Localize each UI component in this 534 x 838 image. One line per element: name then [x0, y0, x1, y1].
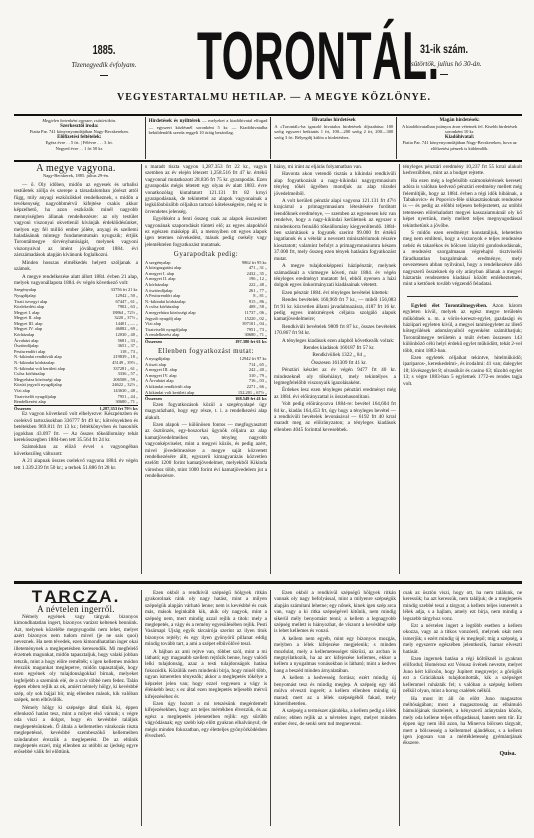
feuilleton-column-4: csak az ösztön viszi, hogy ott, ha nem t…: [403, 590, 522, 830]
feuilleton-column-3: Ezen okból a rendkívül szépségű hölgyek …: [274, 590, 396, 830]
article-paragraph: A megye rendelkezése alatt állott 1884. …: [14, 274, 138, 287]
article-paragraph: A megye tulajdonképpeni házipénztár, mel…: [274, 263, 396, 289]
info-strip: Megjelen hetenként egyszer, csütörtökön.…: [14, 117, 522, 159]
feuilleton-column-2: Ezen okból a rendkívül szépségű hölgyek …: [145, 590, 267, 830]
growth-total-value: 197.380 frt 61 kr.: [220, 339, 267, 345]
expense-line: Rendes kiadások 160187 frt 57 kr.: [274, 345, 396, 351]
newspaper-page: 1885. Tizenegyedik évfolyam. TORONTÁL. 3…: [14, 0, 522, 838]
ornament-dash: [440, 74, 448, 75]
article-paragraph: Havonta akon vetendő tisztás a kikindai …: [274, 171, 396, 197]
masthead: 1885. Tizenegyedik évfolyam. TORONTÁL. 3…: [14, 0, 522, 98]
article-paragraph: Ha ezen még a legfelsőbb számonkérésnek …: [403, 178, 522, 229]
article-paragraph: s maradt tiszta vagyon 1,287.353 frt 22 …: [145, 164, 267, 215]
article-paragraph: Ez vagyon következő volt elhelyezve: Kés…: [14, 411, 138, 443]
decline-table: A nyugdíjalap12942 frt 97 kr.A tiszti al…: [145, 356, 267, 402]
column-divider: [141, 590, 142, 826]
growth-total-label: Összesen: [145, 339, 220, 345]
feuilleton-paragraph: A szépség a természet ajándéka, a kellem…: [274, 708, 396, 727]
article-paragraph: A 21 alapnak összes cselekvő vagyona 188…: [14, 458, 138, 471]
column-divider: [270, 590, 271, 826]
subscription-terms-quarterly: Negyed évre . . 1 frt 50 kr.: [17, 146, 142, 152]
divider-rule: [14, 114, 522, 116]
feuilleton-paragraph: A kellem a kedvesség forrása; ezért mind…: [274, 675, 396, 707]
feuilleton-paragraph: Ezen okból a rendkívül szépségű hölgyek …: [274, 590, 396, 635]
newspaper-title: TORONTÁL.: [197, 22, 341, 90]
official-notices-text: A »Torontál«-ba igazoló hivatalos hirdet…: [274, 124, 393, 141]
expense-line: Rendkívüliek 1322 „ 84 „: [274, 352, 396, 358]
column-1: A megye vagyona. Nagy-Becskerek, 1885. j…: [14, 164, 138, 576]
feuilleton-paragraph: Ezen ingernek hatása a régi költőknél is…: [403, 656, 522, 694]
article-paragraph: Rendkívüli bevételek 9809 frt 87 kr., ös…: [274, 324, 396, 337]
funds-ledger-table: Szegényalap33756 frt 21 kr.Nyugdíjalap12…: [14, 287, 138, 411]
private-ads-text: A kiadóhivatalban jutányos áron vétetnek…: [400, 124, 519, 135]
column-2: s maradt tiszta vagyon 1,287.353 frt 22 …: [145, 164, 267, 576]
masthead-left: 1885. Tizenegyedik évfolyam.: [64, 42, 144, 76]
feuilleton-paragraph: Némely hölgy ki szépsége által tűnik ki,…: [14, 705, 138, 756]
decline-heading: Ellenben fogyatkozást mutat:: [145, 348, 267, 354]
article-paragraph: S midőn ezen eredményt konstatáljuk, leh…: [403, 230, 522, 288]
feuilleton-paragraph: Ezen úgy hozott a mi tetszésünk megérdem…: [145, 701, 267, 739]
editorial-office-text: Fiatia Par. 741 könyvnyomdájában Nagy-Be…: [17, 129, 142, 135]
section-title: Egyleti élet Torontálmegyében.: [411, 303, 487, 309]
feuilleton-section-title: TÁRCZA.: [14, 594, 138, 600]
advertisement-heading: Hirdetések és nyilttérek: [149, 119, 201, 124]
feuilleton-paragraph: Ezen okból a rendkívül szépségű hölgyek …: [145, 590, 267, 648]
private-ads-info: Magán hirdetések: A kiadóhivatalban jutá…: [397, 117, 522, 159]
feuilleton-paragraph: Ezt a névtelen ingert a legtöbb esetben …: [403, 623, 522, 655]
divider-rule: [14, 160, 522, 162]
feuilleton-paragraph: A bájban az ami rejtve van, többet szól,…: [145, 649, 267, 700]
column-4: tényleges pénztári eredmény 10,237 frt 5…: [403, 164, 522, 576]
feuilleton-paragraph: Némely egyének vagy tárgyak bizonyos kim…: [14, 614, 138, 704]
feuilleton-paragraph: Ha most itt áll ön előtt Juno magasztos …: [403, 696, 522, 747]
column-divider: [270, 164, 271, 574]
article-paragraph: A tényleges kiadások ezen alapból követk…: [274, 338, 396, 344]
section-divider: [407, 296, 518, 297]
publication-year: 1885.: [76, 42, 132, 57]
feuilleton-paragraph: csak az ösztön viszi, hogy ott, ha nem t…: [403, 590, 522, 622]
article-paragraph: Minden hosszas elmélkedés helyett szólja…: [14, 260, 138, 273]
volume-label: Tizenegyedik évfolyam.: [64, 61, 144, 69]
article-paragraph: Ezen fogyatkozások közül a szegényalapé …: [145, 402, 267, 421]
article-paragraph: hiány, mi iránt az eljárás folyamatban v…: [274, 164, 396, 170]
feuilleton-column-1: TÁRCZA. A névtelen ingerről. Némely egyé…: [14, 590, 138, 830]
article-paragraph: Egyébként a fenti összeg csak az alapok …: [145, 216, 267, 248]
article-paragraph: Pénztári készlet az év végén 9477 frt 40…: [274, 367, 396, 386]
advertisement-info: Hirdetések és nyilttérek — melyeket a ki…: [146, 117, 272, 159]
article-paragraph: A volt kerületi pénztár alapi vagyona 12…: [274, 198, 396, 262]
growth-table: A szegényalap9862 frt 95 kr.A közigazgat…: [145, 260, 267, 345]
issue-date: Csütörtök, julius hó 30-án.: [384, 60, 504, 68]
feuilleton-paragraph: A kellem nem egyéb, mint egy bizonyos mo…: [274, 636, 396, 674]
expense-total: Összesen 161309 frt 41 kr.: [274, 360, 396, 366]
article-paragraph: Számokban az előző évvel s vagyongéban k…: [14, 444, 138, 457]
article-paragraph: Rendes bevételek 160,969 frt 7 kr., — mi…: [274, 297, 396, 323]
article-title: A megye vagyona.: [14, 166, 138, 172]
masthead-right: 31-ik szám. Csütörtök, julius hó 30-án.: [384, 42, 504, 75]
feuilleton-divider: [14, 581, 522, 584]
article-paragraph: Ezen egyletek céljaikat tekintve, hitelm…: [403, 355, 522, 387]
feuilleton-article-title: A névtelen ingerről.: [14, 606, 138, 612]
column-divider: [399, 164, 400, 574]
growth-heading: Gyarapodtak pedig:: [145, 251, 267, 257]
subscription-info: Megjelen hetenként egyszer, csütörtökön.…: [14, 117, 146, 159]
newspaper-subtitle: VEGYESTARTALMU HETILAP. — A MEGYE KÖZLÖN…: [94, 92, 454, 103]
article-paragraph: Érdekes lesz ezen tényleges pénztári ere…: [274, 387, 396, 400]
article-paragraph: Ezen alapok — különösen fontos — megfogy…: [145, 422, 267, 480]
growth-total-row: Összesen 197.380 frt 61 kr.: [145, 339, 267, 345]
author-signature: Quisa.: [403, 751, 522, 757]
article-paragraph: Ezen pénztár 1884. évi tényleges bevétel…: [274, 290, 396, 296]
article-paragraph: Volt pedig előirányozva 1884-re: bevétel…: [274, 401, 396, 433]
article-dateline: Nagy-Becskerek, 1885. julius 29-én.: [14, 173, 138, 179]
column-divider: [399, 590, 400, 826]
ornament-dash: [100, 75, 108, 76]
section-text: Azon három egyleten kívül, melyek az egé…: [403, 303, 522, 354]
issue-number: 31-ik szám.: [399, 42, 489, 56]
column-divider: [141, 164, 142, 574]
publisher-office-text: Fiatia Par. 741 könyvnyomdájában Nagy-Be…: [400, 140, 519, 151]
official-notices-info: Hivatalos hirdetések A »Torontál«-ba iga…: [271, 117, 397, 159]
section-lead: Egyleti élet Torontálmegyében. Azon háro…: [403, 303, 522, 354]
article-paragraph: — ő. Oly időben, midőn az egyesek és urb…: [14, 182, 138, 259]
column-3: hiány, mi iránt az eljárás folyamatban v…: [274, 164, 396, 576]
article-paragraph: tényleges pénztári eredmény 10,237 frt 5…: [403, 164, 522, 177]
